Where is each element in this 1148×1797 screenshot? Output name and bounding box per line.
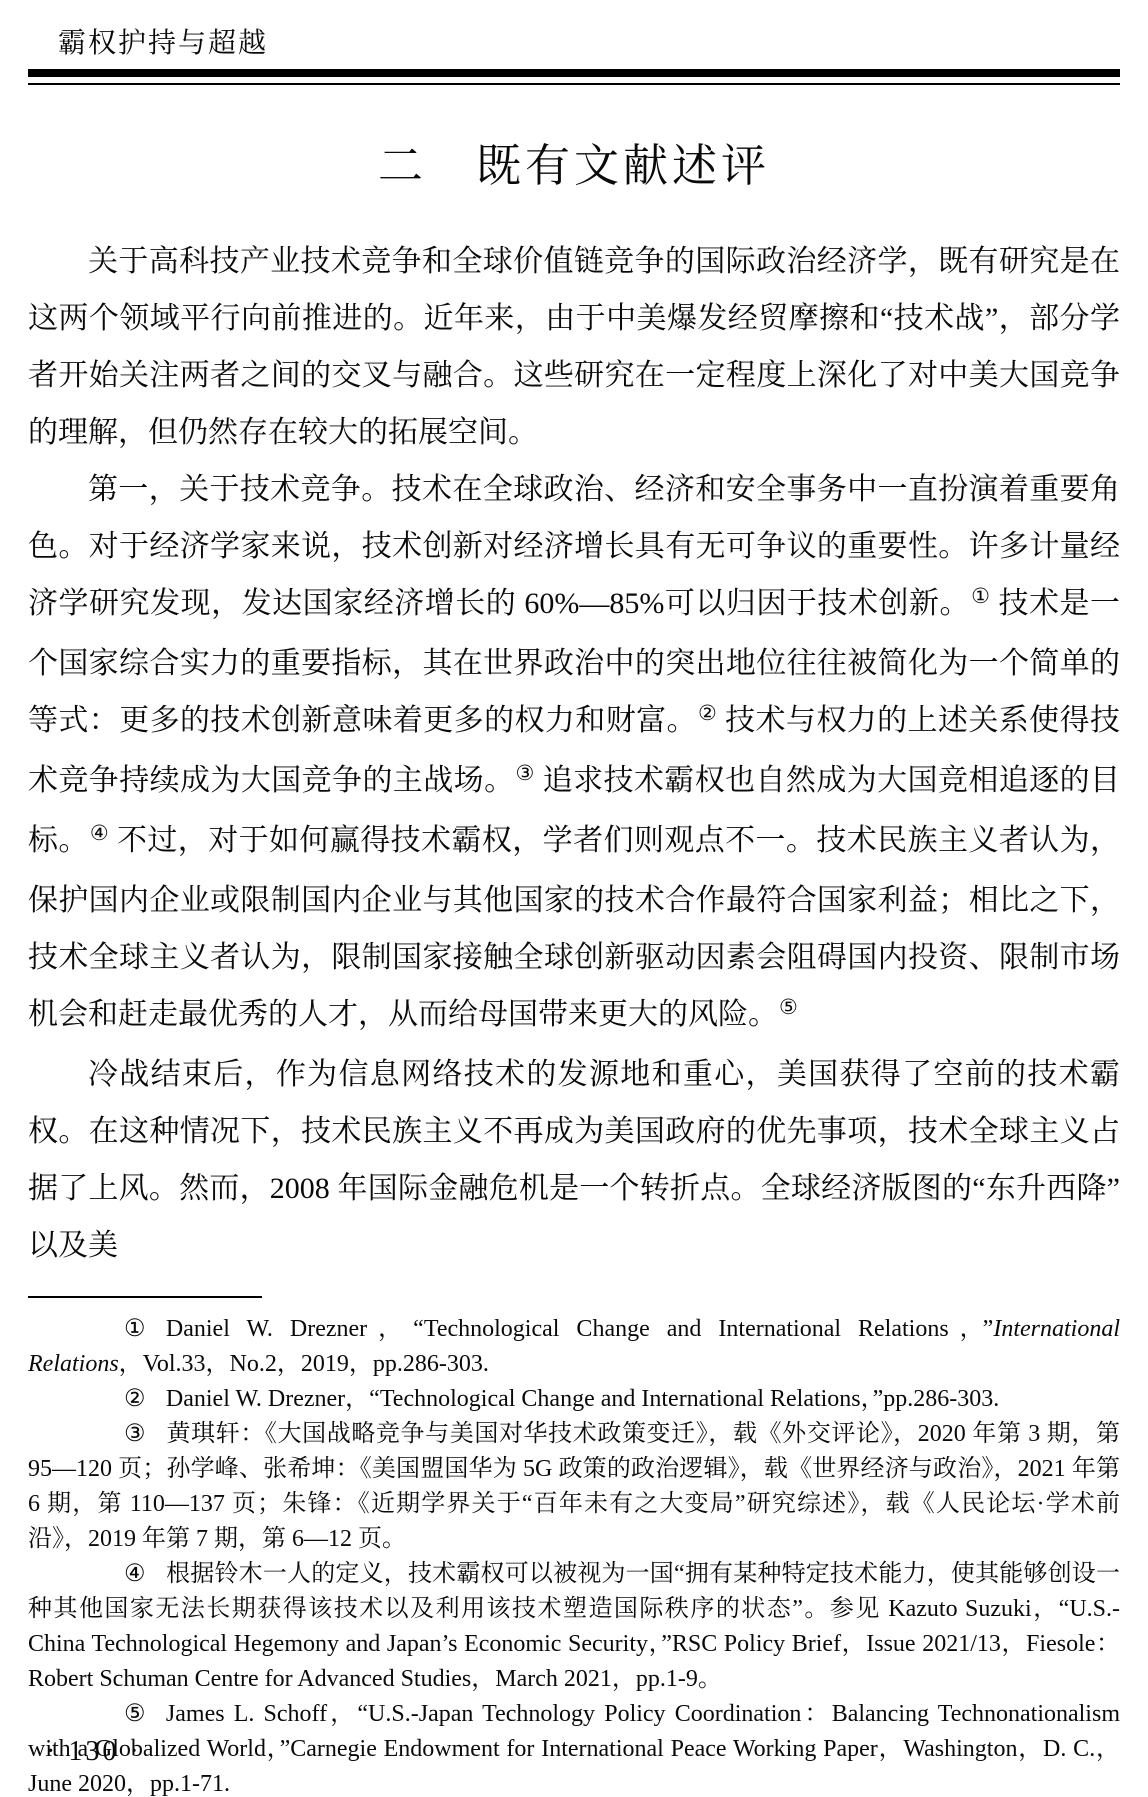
running-header: 霸权护持与超越 <box>58 26 1120 61</box>
footnote-marker-2: ② <box>76 1382 146 1417</box>
body-text: 关于高科技产业技术竞争和全球价值链竞争的国际政治经济学，既有研究是在这两个领域平… <box>28 233 1120 1274</box>
body-paragraph-1: 关于高科技产业技术竞争和全球价值链竞争的国际政治经济学，既有研究是在这两个领域平… <box>28 233 1120 461</box>
footnote-text-5: James L. Schoff，“U.S.-Japan Technology P… <box>28 1701 1120 1797</box>
footnote-marker-4: ④ <box>76 1557 146 1592</box>
footnote-item-2: ②Daniel W. Drezner，“Technological Change… <box>28 1382 1120 1417</box>
body-paragraph-3: 冷战结束后，作为信息网络技术的发源地和重心，美国获得了空前的技术霸权。在这种情况… <box>28 1046 1120 1274</box>
footnote-text-1: Daniel W. Drezner，“Technological Change … <box>28 1316 1120 1377</box>
footnote-separator-rule <box>28 1296 262 1298</box>
section-title: 二 既有文献述评 <box>28 139 1120 193</box>
footnotes-section: ①Daniel W. Drezner，“Technological Change… <box>28 1312 1120 1797</box>
book-page: 霸权护持与超越 二 既有文献述评 关于高科技产业技术竞争和全球价值链竞争的国际政… <box>0 0 1148 1797</box>
footnote-item-4: ④根据铃木一人的定义，技术霸权可以被视为一国“拥有某种特定技术能力，使其能够创设… <box>28 1557 1120 1697</box>
footnote-marker-1: ① <box>76 1312 146 1347</box>
header-rule-thick <box>28 69 1120 77</box>
footnote-item-3: ③黄琪轩：《大国战略竞争与美国对华技术政策变迁》，载《外交评论》，2020 年第… <box>28 1417 1120 1557</box>
footnote-marker-5: ⑤ <box>76 1697 146 1732</box>
body-paragraph-2: 第一，关于技术竞争。技术在全球政治、经济和安全事务中一直扮演着重要角色。对于经济… <box>28 461 1120 1046</box>
footnote-text-4: 根据铃木一人的定义，技术霸权可以被视为一国“拥有某种特定技术能力，使其能够创设一… <box>28 1561 1120 1692</box>
footnote-marker-3: ③ <box>76 1417 146 1452</box>
footnote-text-2: Daniel W. Drezner，“Technological Change … <box>166 1386 999 1412</box>
header-rule-thin <box>28 83 1120 85</box>
footnote-item-5: ⑤James L. Schoff，“U.S.-Japan Technology … <box>28 1697 1120 1797</box>
page-number: · 130 · <box>46 1736 142 1768</box>
footnote-item-1: ①Daniel W. Drezner，“Technological Change… <box>28 1312 1120 1382</box>
footnote-text-3: 黄琪轩：《大国战略竞争与美国对华技术政策变迁》，载《外交评论》，2020 年第 … <box>28 1421 1120 1552</box>
